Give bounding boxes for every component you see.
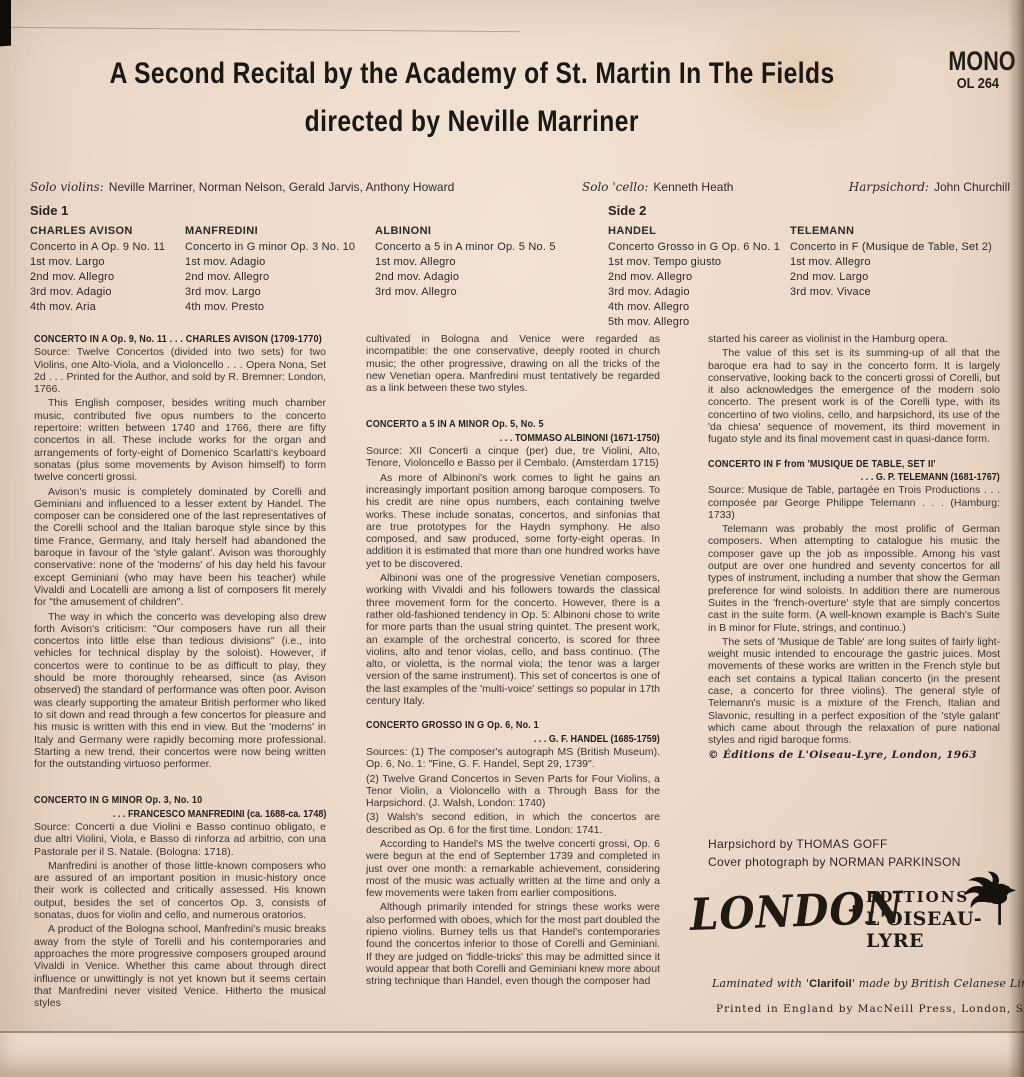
movement: 1st mov. Adagio — [185, 255, 355, 270]
telemann-attribution: . . . G. P. TELEMANN (1681-1767) — [708, 471, 1000, 484]
printer-note: Printed in England by MacNeill Press, Lo… — [716, 1003, 1024, 1015]
movement: 4th mov. Aria — [30, 300, 165, 315]
avison-heading: CONCERTO IN A Op. 9, No. 11 . . . CHARLE… — [34, 333, 326, 346]
album-title-line1: A Second Recital by the Academy of St. M… — [0, 57, 944, 91]
telemann-heading: CONCERTO IN F from 'MUSIQUE DE TABLE, SE… — [708, 458, 1000, 471]
movement: 1st mov. Allegro — [375, 255, 556, 270]
tracklist-avison: CHARLES AVISON Concerto in A Op. 9 No. 1… — [30, 224, 165, 315]
telemann-paragraph: Telemann was probably the most prolific … — [708, 523, 1000, 634]
manfredini-heading: CONCERTO IN G MINOR Op. 3, No. 10 — [34, 794, 326, 807]
movement: 3rd mov. Largo — [185, 285, 355, 300]
work-title: Concerto a 5 in A minor Op. 5 No. 5 — [375, 240, 556, 255]
movement: 1st mov. Allegro — [790, 255, 992, 270]
production-credits: Harpsichord by THOMAS GOFF Cover photogr… — [708, 835, 961, 871]
movement: 5th mov. Allegro — [608, 315, 780, 330]
format-label: MONO — [948, 48, 1015, 74]
solo-violins-label: Solo violins: — [30, 180, 104, 194]
work-title: Concerto in F (Musique de Table, Set 2) — [790, 240, 992, 255]
album-title: A Second Recital by the Academy of St. M… — [0, 57, 944, 139]
handel-heading: CONCERTO GROSSO IN G Op. 6, No. 1 — [366, 719, 660, 732]
tracklist-telemann: TELEMANN Concerto in F (Musique de Table… — [790, 224, 992, 300]
label-logos: LONDON + EDITIONS DE L'OISEAU-LYRE — [690, 882, 1016, 968]
notes-column-3: started his career as violinist in the H… — [708, 333, 1000, 763]
movement: 3rd mov. Adagio — [30, 285, 165, 300]
manfredini-paragraph: Manfredini is another of those little-kn… — [34, 860, 326, 921]
albinoni-source: Source: XII Concerti a cinque (per) due,… — [366, 445, 660, 470]
harpsichord-player: Harpsichord:John Churchill — [849, 180, 1010, 194]
plus-sign: + — [848, 900, 860, 923]
handel-source-2: (2) Twelve Grand Concertos in Seven Part… — [366, 773, 660, 810]
side2-label: Side 2 — [608, 203, 646, 218]
movement: 4th mov. Presto — [185, 300, 355, 315]
albinoni-heading: CONCERTO a 5 IN A MINOR Op. 5, No. 5 — [366, 418, 660, 431]
composer-name: CHARLES AVISON — [30, 224, 165, 239]
solo-violins: Solo violins:Neville Marriner, Norman Ne… — [30, 180, 454, 194]
sleeve-edge-shadow — [1008, 0, 1024, 1077]
albinoni-paragraph: Albinoni was one of the progressive Vene… — [366, 572, 660, 707]
lyrebird-icon — [954, 868, 1016, 934]
albinoni-attribution: . . . TOMMASO ALBINONI (1671-1750) — [366, 432, 660, 445]
tracklist-manfredini: MANFREDINI Concerto in G minor Op. 3 No.… — [185, 224, 355, 315]
movement: 2nd mov. Adagio — [375, 270, 556, 285]
lamination-note: Laminated with 'Clarifoil' made by Briti… — [712, 977, 1024, 990]
telemann-paragraph: The sets of 'Musique de Table' are long … — [708, 636, 1000, 747]
movement: 3rd mov. Vivace — [790, 285, 992, 300]
album-back-cover: A Second Recital by the Academy of St. M… — [0, 0, 1024, 1077]
clarifoil-brand: Clarifoil — [809, 978, 852, 990]
handel-paragraph: According to Handel's MS the twelve conc… — [366, 838, 660, 899]
handel-source-1: Sources: (1) The composer's autograph MS… — [366, 746, 660, 771]
harpsichord-name: John Churchill — [934, 180, 1010, 194]
manfredini-attribution: . . . FRANCESCO MANFREDINI (ca. 1688-ca.… — [34, 808, 326, 821]
work-title: Concerto in A Op. 9 No. 11 — [30, 240, 165, 255]
solo-cello: Solo 'cello:Kenneth Heath — [582, 180, 733, 194]
catalog-number: OL 264 — [957, 75, 999, 92]
tracklist-handel: HANDEL Concerto Grosso in G Op. 6 No. 1 … — [608, 224, 780, 330]
solo-cello-name: Kenneth Heath — [653, 180, 733, 194]
tracklist-albinoni: ALBINONI Concerto a 5 in A minor Op. 5 N… — [375, 224, 556, 300]
manfredini-source: Source: Concerti a due Violini e Basso c… — [34, 821, 326, 858]
movement: 4th mov. Allegro — [608, 300, 780, 315]
composer-name: TELEMANN — [790, 224, 992, 239]
work-title: Concerto Grosso in G Op. 6 No. 1 — [608, 240, 780, 255]
solo-cello-label: Solo 'cello: — [582, 180, 648, 194]
notes-column-2: cultivated in Bologna and Venice were re… — [366, 333, 660, 990]
handel-paragraph: Although primarily intended for strings … — [366, 901, 660, 987]
cover-photo-credit: Cover photograph by NORMAN PARKINSON — [708, 853, 961, 871]
side1-label: Side 1 — [30, 203, 68, 218]
movement: 2nd mov. Allegro — [185, 270, 355, 285]
telemann-source: Source: Musique de Table, partagée en Tr… — [708, 484, 1000, 521]
movement: 1st mov. Tempo giusto — [608, 255, 780, 270]
movement: 2nd mov. Largo — [790, 270, 992, 285]
composer-name: MANFREDINI — [185, 224, 355, 239]
avison-source: Source: Twelve Concertos (divided into t… — [34, 346, 326, 395]
handel-paragraph: The value of this set is its summing-up … — [708, 347, 1000, 445]
handel-continued: started his career as violinist in the H… — [708, 333, 1000, 345]
movement: 3rd mov. Allegro — [375, 285, 556, 300]
avison-paragraph: This English composer, besides writing m… — [34, 397, 326, 483]
movement: 3rd mov. Adagio — [608, 285, 780, 300]
album-title-line2: directed by Neville Marriner — [0, 105, 944, 139]
avison-paragraph: The way in which the concerto was develo… — [34, 611, 326, 771]
movement: 1st mov. Largo — [30, 255, 165, 270]
harpsichord-credit: Harpsichord by THOMAS GOFF — [708, 835, 961, 853]
copyright-line: © Éditions de L'Oiseau-Lyre, London, 196… — [708, 749, 1000, 761]
composer-name: HANDEL — [608, 224, 780, 239]
manfredini-paragraph: A product of the Bologna school, Manfred… — [34, 923, 326, 1009]
solo-violins-names: Neville Marriner, Norman Nelson, Gerald … — [109, 180, 454, 194]
handel-source-3: (3) Walsh's second edition, in which the… — [366, 811, 660, 836]
catalog-block: MONO OL 264 — [940, 48, 1016, 93]
composer-name: ALBINONI — [375, 224, 556, 239]
harpsichord-label: Harpsichord: — [849, 180, 929, 194]
avison-paragraph: Avison's music is completely dominated b… — [34, 486, 326, 609]
work-title: Concerto in G minor Op. 3 No. 10 — [185, 240, 355, 255]
performers-row: Solo violins:Neville Marriner, Norman Ne… — [30, 180, 1016, 198]
movement: 2nd mov. Allegro — [608, 270, 780, 285]
sleeve-flap — [0, 1033, 1024, 1077]
albinoni-paragraph: As more of Albinoni's work comes to ligh… — [366, 472, 660, 570]
handel-attribution: . . . G. F. HANDEL (1685-1759) — [366, 733, 660, 746]
manfredini-continued: cultivated in Bologna and Venice were re… — [366, 333, 660, 394]
movement: 2nd mov. Allegro — [30, 270, 165, 285]
sleeve-edge-shadow — [0, 0, 11, 46]
paper-crease — [0, 27, 520, 33]
notes-column-1: CONCERTO IN A Op. 9, No. 11 . . . CHARLE… — [34, 333, 326, 1011]
